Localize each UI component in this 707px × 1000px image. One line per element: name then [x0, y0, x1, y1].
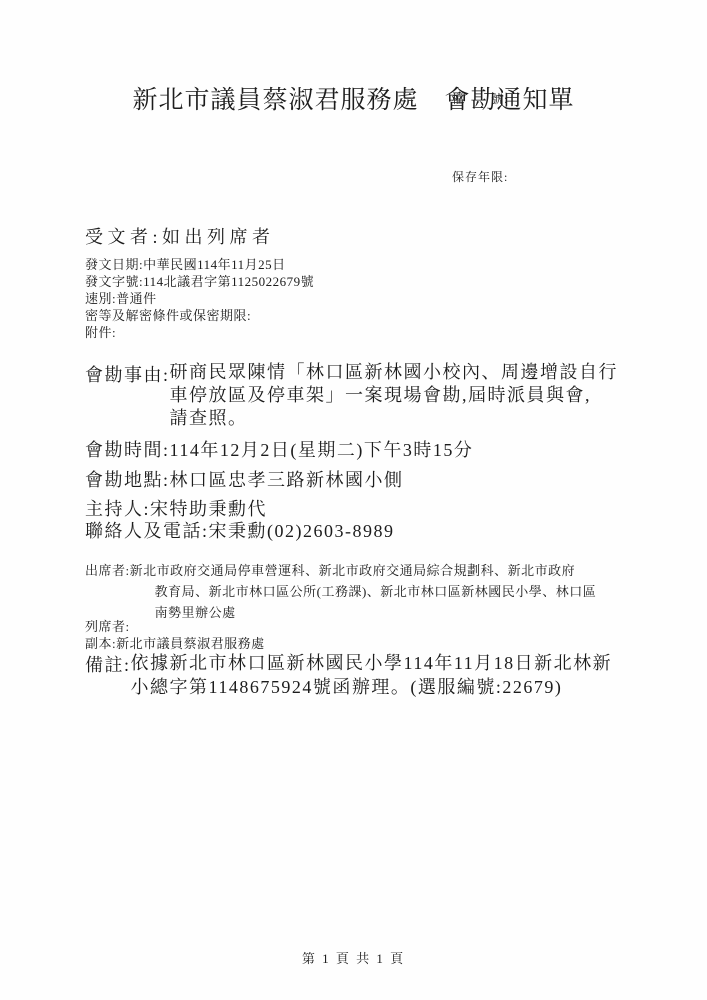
remarks-text: 依據新北市林口區新林國民小學114年11月18日新北林新小總字第11486759…: [131, 651, 613, 699]
text-line: 研商民眾陳情「林口區新林國小校內、周邊增設自行: [170, 361, 619, 384]
attendees-text: 新北市政府交通局停車營運科、新北市政府交通局綜合規劃科、新北市政府教育局、新北市…: [130, 560, 597, 623]
doc-number-value: 114北議君字第1125022679號: [143, 274, 314, 289]
recipient-line: 受文者:如出列席者: [85, 223, 275, 249]
time-value: 114年12月2日(星期二)下午3時15分: [170, 440, 474, 460]
attendees-label: 出席者:: [85, 560, 130, 579]
cc-value: 新北市議員蔡淑君服務處: [116, 636, 265, 651]
inspection-time-line: 會勘時間:114年12月2日(星期二)下午3時15分: [85, 436, 473, 462]
retention-period-label: 保存年限:: [452, 164, 508, 190]
recipient-value: 如出列席者: [162, 227, 275, 247]
document-title: 新北市議員蔡淑君服務處 會勘通知單: [0, 80, 707, 116]
page-number-footer: 第 1 頁 共 1 頁: [0, 948, 707, 967]
security-label: 密等及解密條件或保密期限:: [85, 308, 251, 323]
issue-date-value: 中華民國114年11月25日: [143, 257, 286, 272]
text-line: 新北市政府交通局停車營運科、新北市政府交通局綜合規劃科、新北市政府: [130, 560, 597, 581]
cc-label: 副本:: [85, 636, 116, 651]
remarks-block: 備註: 依據新北市林口區新林國民小學114年11月18日新北林新小總字第1148…: [85, 651, 612, 699]
contact-value: 宋秉勳(02)2603-8989: [209, 521, 395, 541]
subject-block: 會勘事由: 研商民眾陳情「林口區新林國小校內、周邊增設自行車停放區及停車架」一案…: [85, 361, 618, 430]
attachment-label: 附件:: [85, 325, 116, 340]
speed-line: 速別:普通件: [85, 290, 314, 307]
attachment-line: 附件:: [85, 324, 314, 341]
text-line: 小總字第1148675924號函辦理。(選服編號:22679): [131, 675, 613, 699]
time-label: 會勘時間:: [85, 440, 170, 460]
remarks-label: 備註:: [85, 651, 131, 677]
issue-date-label: 發文日期:: [85, 257, 143, 272]
text-line: 教育局、新北市林口區公所(工務課)、新北市林口區新林國民小學、林口區: [130, 581, 597, 602]
host-value: 宋特助秉勳代: [150, 499, 267, 519]
doc-number-line: 發文字號:114北議君字第1125022679號: [85, 273, 314, 290]
inspection-place-line: 會勘地點:林口區忠孝三路新林國小側: [85, 466, 404, 492]
attendees-block: 出席者: 新北市政府交通局停車營運科、新北市政府交通局綜合規劃科、新北市政府教育…: [85, 560, 596, 623]
text-line: 依據新北市林口區新林國民小學114年11月18日新北林新: [131, 651, 613, 675]
host-label: 主持人:: [85, 499, 150, 519]
place-value: 林口區忠孝三路新林國小側: [170, 470, 404, 490]
subject-text: 研商民眾陳情「林口區新林國小校內、周邊增設自行車停放區及停車架」一案現場會勘,屆…: [170, 361, 619, 430]
recipient-label: 受文者:: [85, 227, 162, 247]
contact-label: 聯絡人及電話:: [85, 521, 209, 541]
contact-line: 聯絡人及電話:宋秉勳(02)2603-8989: [85, 517, 395, 543]
doc-number-label: 發文字號:: [85, 274, 143, 289]
observers-label: 列席者:: [85, 619, 130, 634]
issue-date-line: 發文日期:中華民國114年11月25日: [85, 256, 314, 273]
text-line: 請查照。: [170, 407, 619, 430]
speed-label: 速別:: [85, 291, 116, 306]
place-label: 會勘地點:: [85, 470, 170, 490]
meta-block: 發文日期:中華民國114年11月25日 發文字號:114北議君字第1125022…: [85, 256, 314, 341]
notice-document-page: 檔 號: 保存年限: 新北市議員蔡淑君服務處 會勘通知單 受文者:如出列席者 發…: [0, 0, 707, 1000]
subject-label: 會勘事由:: [85, 361, 170, 387]
text-line: 車停放區及停車架」一案現場會勘,屆時派員與會,: [170, 384, 619, 407]
cc-line: 副本:新北市議員蔡淑君服務處: [85, 633, 265, 652]
speed-value: 普通件: [116, 291, 157, 306]
corner-file-labels: 檔 號: 保存年限:: [452, 34, 508, 242]
security-line: 密等及解密條件或保密期限:: [85, 307, 314, 324]
text-line: 南勢里辦公處: [130, 602, 597, 623]
